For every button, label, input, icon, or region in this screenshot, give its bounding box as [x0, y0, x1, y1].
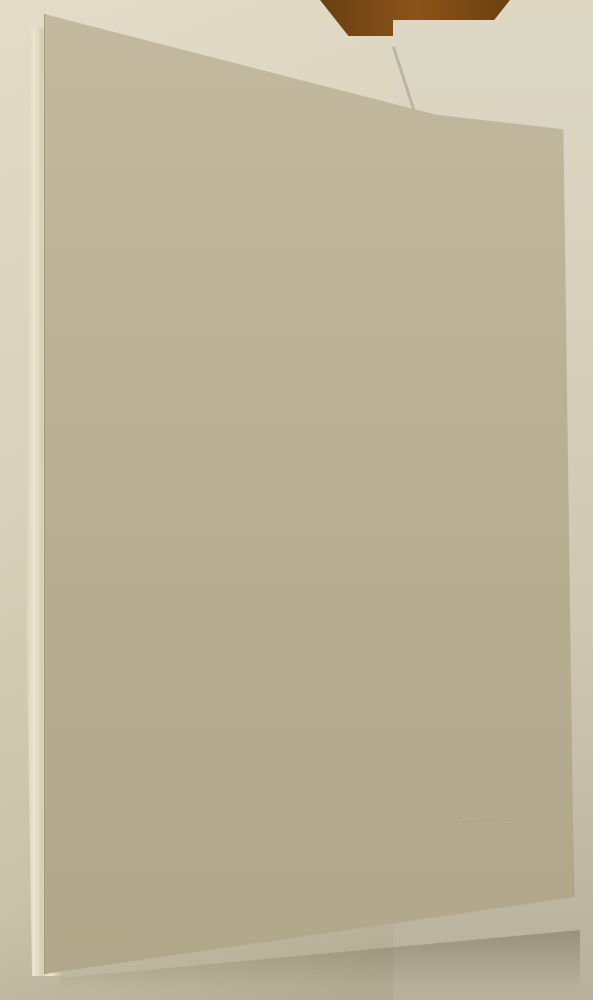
folder-cover	[44, 14, 574, 974]
